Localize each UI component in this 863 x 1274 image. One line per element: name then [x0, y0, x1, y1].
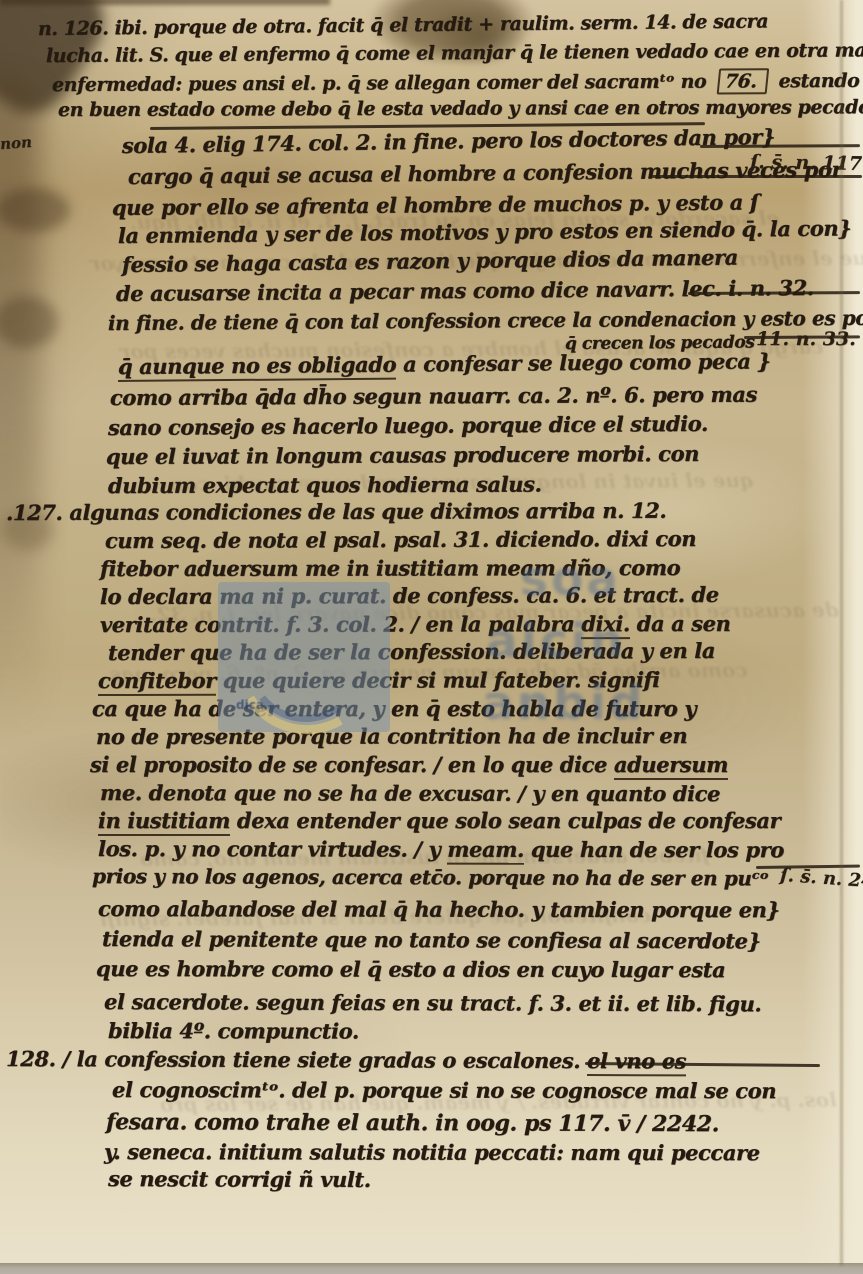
underlined-phrase: confitebor: [98, 668, 216, 696]
manuscript-line: el sacerdote. segun feias en su tract. f…: [104, 989, 761, 1016]
manuscript-line: que el iuvat in longum causas producere …: [106, 441, 699, 469]
line-text: dubium expectat quos hodierna salus.: [108, 471, 542, 498]
underlined-phrase: aduersum: [614, 752, 728, 780]
manuscript-line: .127. algunas condiciones de las que dix…: [6, 498, 666, 525]
line-text: que es hombre como el q̄ esto a dios en …: [96, 956, 725, 982]
line-text: .127. algunas condiciones de las que dix…: [6, 498, 666, 525]
scan-edge-bottom: [0, 1263, 863, 1274]
line-text: dexa entender que solo sean culpas de co…: [230, 808, 780, 833]
line-text: los. p. y no contar virtudes. / y: [98, 836, 447, 862]
manuscript-line: se nescit corrigi ñ vult.: [108, 1166, 371, 1192]
line-text: tienda el penitente que no tanto se conf…: [102, 926, 761, 953]
manuscript-line: fesara. como trahe el auth. in oog. ps 1…: [106, 1109, 719, 1137]
manuscript-line: enfermedad: pues ansi el. p. q̄ se alleg…: [52, 68, 860, 98]
watermark-text-fragment: soa: [520, 552, 621, 607]
line-text: fesara. como trahe el auth. in oog. ps 1…: [106, 1109, 719, 1137]
manuscript-line: que es hombre como el q̄ esto a dios en …: [96, 956, 725, 982]
watermark-text-fragment: aicin: [486, 614, 626, 669]
note-s-n-117: ſ. s̄. n. 117.: [750, 151, 863, 175]
inline-number-box: 76.: [716, 68, 768, 94]
manuscript-line: si el proposito de se confesar. / en lo …: [90, 752, 728, 777]
line-text: da a sen: [630, 611, 731, 636]
manuscript-line: cum seq. de nota el psal. psal. 31. dici…: [105, 526, 696, 553]
manuscript-line: como alabandose del mal q̄ ha hecho. y t…: [98, 896, 780, 922]
line-text: si el proposito de se confesar. / en lo …: [90, 752, 614, 777]
page-edge-seam-right: [840, 0, 843, 1274]
line-text: como alabandose del mal q̄ ha hecho. y t…: [98, 896, 780, 922]
line-text: a confesar se luego como peca }: [396, 348, 771, 376]
manuscript-line: como arriba q̄da dh̄o segun nauarr. ca. …: [110, 382, 757, 410]
catchword: non: [0, 133, 32, 153]
manuscript-line: lo declara ma ni p. curat. de confess. c…: [100, 582, 719, 609]
line-text: el sacerdote. segun feias en su tract. f…: [104, 989, 761, 1016]
ink-rule: [652, 175, 862, 178]
manuscript-line: 128. / la confession tiene siete gradas …: [6, 1046, 686, 1073]
line-text: cum seq. de nota el psal. psal. 31. dici…: [105, 526, 696, 553]
underlined-phrase: q̄ aunque no es obligado: [118, 352, 397, 382]
manuscript-line: los. p. y no contar virtudes. / y meam. …: [98, 836, 784, 862]
page-edge-shadow-top: [0, 0, 330, 5]
digital-watermark-logo-panel: dica: [218, 582, 390, 732]
line-text: 128. / la confession tiene siete gradas …: [6, 1046, 587, 1073]
manuscript-line: y. seneca. initium salutis notitia pecca…: [104, 1139, 760, 1165]
line-text: biblia 4º. compunctio.: [108, 1018, 359, 1043]
line-text: el cognoscimᵗᵒ. del p. porque si no se c…: [112, 1077, 776, 1103]
line-text: sano consejo es hacerlo luego. porque di…: [108, 411, 708, 440]
manuscript-line: en buen estado come debo q̄ le esta veda…: [58, 96, 863, 121]
manuscript-line: dubium expectat quos hodierna salus.: [108, 471, 542, 498]
manuscript-line: sano consejo es hacerlo luego. porque di…: [108, 411, 708, 440]
line-text: lo declara ma ni p. curat. de confess. c…: [100, 582, 719, 609]
manuscript-line: veritate contrit. f. 3. col. 2. / en la …: [100, 611, 731, 637]
line-text: como arriba q̄da dh̄o segun nauarr. ca. …: [110, 382, 757, 410]
manuscript-page: lucha. lit. S. que el enfermo q̄ come el…: [0, 0, 863, 1274]
manuscript-line: me. denota que no se ha de excusar. / y …: [100, 780, 720, 806]
manuscript-line: tienda el penitente que no tanto se conf…: [102, 926, 761, 953]
line-text: en buen estado come debo q̄ le esta veda…: [58, 96, 863, 121]
watermark-caption: dica: [236, 698, 264, 712]
binding-shadow-left: [0, 80, 40, 730]
underlined-phrase: in iustitiam: [98, 808, 230, 836]
manuscript-line: in iustitiam dexa entender que solo sean…: [98, 808, 780, 833]
manuscript-line: biblia 4º. compunctio.: [108, 1018, 359, 1043]
watermark-text-fragment: anbid: [482, 676, 646, 731]
line-text: enfermedad: pues ansi el. p. q̄ se alleg…: [52, 71, 713, 96]
line-text: se nescit corrigi ñ vult.: [108, 1166, 371, 1192]
line-text: prios y no los agenos, acerca etc̄o. por…: [92, 864, 769, 890]
line-text: estando: [772, 70, 859, 92]
line-text: que han de ser los pro: [524, 837, 784, 862]
manuscript-line: el cognoscimᵗᵒ. del p. porque si no se c…: [112, 1077, 776, 1103]
line-text: que el iuvat in longum causas producere …: [106, 441, 699, 469]
line-text: y. seneca. initium salutis notitia pecca…: [104, 1139, 760, 1165]
underlined-phrase: meam.: [447, 837, 524, 865]
manuscript-line: prios y no los agenos, acerca etc̄o. por…: [92, 864, 769, 890]
line-text: me. denota que no se ha de excusar. / y …: [100, 780, 720, 806]
